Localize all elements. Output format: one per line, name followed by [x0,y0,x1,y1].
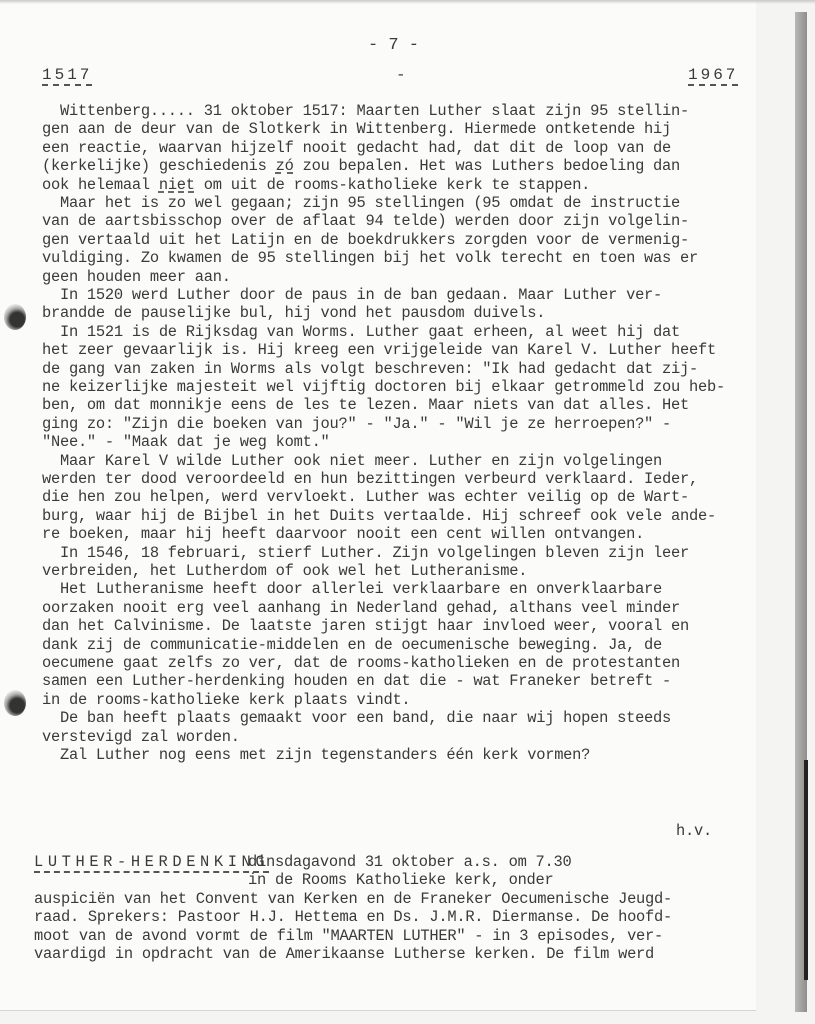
text-line: gen vertaald uit het Latijn en de boekdr… [42,231,689,250]
text-line: dank zij de communicatie-middelen en de … [42,636,662,655]
emphasis: zó [276,157,294,175]
punch-hole-icon [4,304,26,330]
text-line: burg, waar hij de Bijbel in het Duits ve… [42,507,716,526]
header-year-left: 1517 [42,66,92,86]
text-line: in de rooms-katholieke kerk plaats vindt… [42,691,410,710]
text-line: ne keizerlijke majesteit wel vijftig doc… [42,378,725,397]
announcement-line: moot van de avond vormt de film "MAARTEN… [34,927,663,946]
text-line: oecumene gaat zelfs zo ver, dat de rooms… [42,654,680,673]
text-line: die hen zou helpen, werd vervloekt. Luth… [42,488,689,507]
text-line: De ban heeft plaats gemaakt voor een ban… [42,709,671,728]
punch-hole-icon [4,690,26,716]
text-line: "Nee." - "Maak dat je weg komt." [42,433,330,452]
text-line: In 1521 is de Rijksdag van Worms. Luther… [42,323,680,342]
text-line: In 1546, 18 februari, stierf Luther. Zij… [42,544,689,563]
text-line: ging zo: "Zijn die boeken van jou?" - "J… [42,415,671,434]
text-line: Maar Karel V wilde Luther ook niet meer.… [42,452,662,471]
text-line: een reactie, waarvan hijzelf nooit gedac… [42,139,671,158]
text-line: oorzaken nooit erg veel aanhang in Neder… [42,599,680,618]
text-line: geen houden meer aan. [42,268,231,287]
text-line: verstevigd zal worden. [42,728,240,747]
text-line: Zal Luther nog eens met zijn tegenstande… [42,746,590,765]
page-number: - 7 - [368,36,419,55]
text-line: ben, om dat monnikje eens de les te leze… [42,396,689,415]
announcement-line: raad. Sprekers: Pastoor H.J. Hettema en … [34,908,672,927]
announcement-line: auspiciën van het Convent van Kerken en … [34,890,672,909]
text-line: (kerkelijke) geschiedenis zó zou bepalen… [42,157,680,176]
text-line: In 1520 werd Luther door de paus in de b… [42,286,662,305]
header-year-right: 1967 [688,66,738,86]
underlying-page-shadow [804,760,808,980]
announcement-line: dinsdagavond 31 oktober a.s. om 7.30 [248,853,572,872]
text-line: Wittenberg..... 31 oktober 1517: Maarten… [42,102,689,121]
text-line: de gang van zaken in Worms als volgt bes… [42,360,698,379]
announcement-line: in de Rooms Katholieke kerk, onder [248,871,554,890]
text-line: verbreiden, het Lutherdom of ook wel het… [42,562,527,581]
announcement-line: vaardigd in opdracht van de Amerikaanse … [34,945,654,964]
text-line: gen aan de deur van de Slotkerk in Witte… [42,120,671,139]
text-line: werden ter dood veroordeeld en hun bezit… [42,470,698,489]
text-line: Maar het is zo wel gegaan; zijn 95 stell… [42,194,680,213]
header-separator: - [396,66,406,84]
text-line: van de aartsbisschop over de aflaat 94 t… [42,212,689,231]
text-line: re boeken, maar hij heeft daarvoor nooit… [42,525,644,544]
text-line: het zeer gevaarlijk is. Hij kreeg een vr… [42,341,716,360]
text-line: samen een Luther-herdenking houden en da… [42,672,671,691]
text-line: vuldiging. Zo kwamen de 95 stellingen bi… [42,249,698,268]
text-line: Het Lutheranisme heeft door allerlei ver… [42,580,662,599]
emphasis: niet [159,176,195,194]
announcement-title: LUTHER-HERDENKING [34,853,269,873]
page-top-shadow [0,0,815,4]
document-page: - 7 - 1517 - 1967 Wittenberg..... 31 okt… [0,0,756,1011]
text-line: dan het Calvinisme. De laatste jaren sti… [42,617,689,636]
text-line: brandde de pauselijke bul, hij vond het … [42,304,545,323]
text-line: ook helemaal niet om uit de rooms-kathol… [42,176,590,195]
